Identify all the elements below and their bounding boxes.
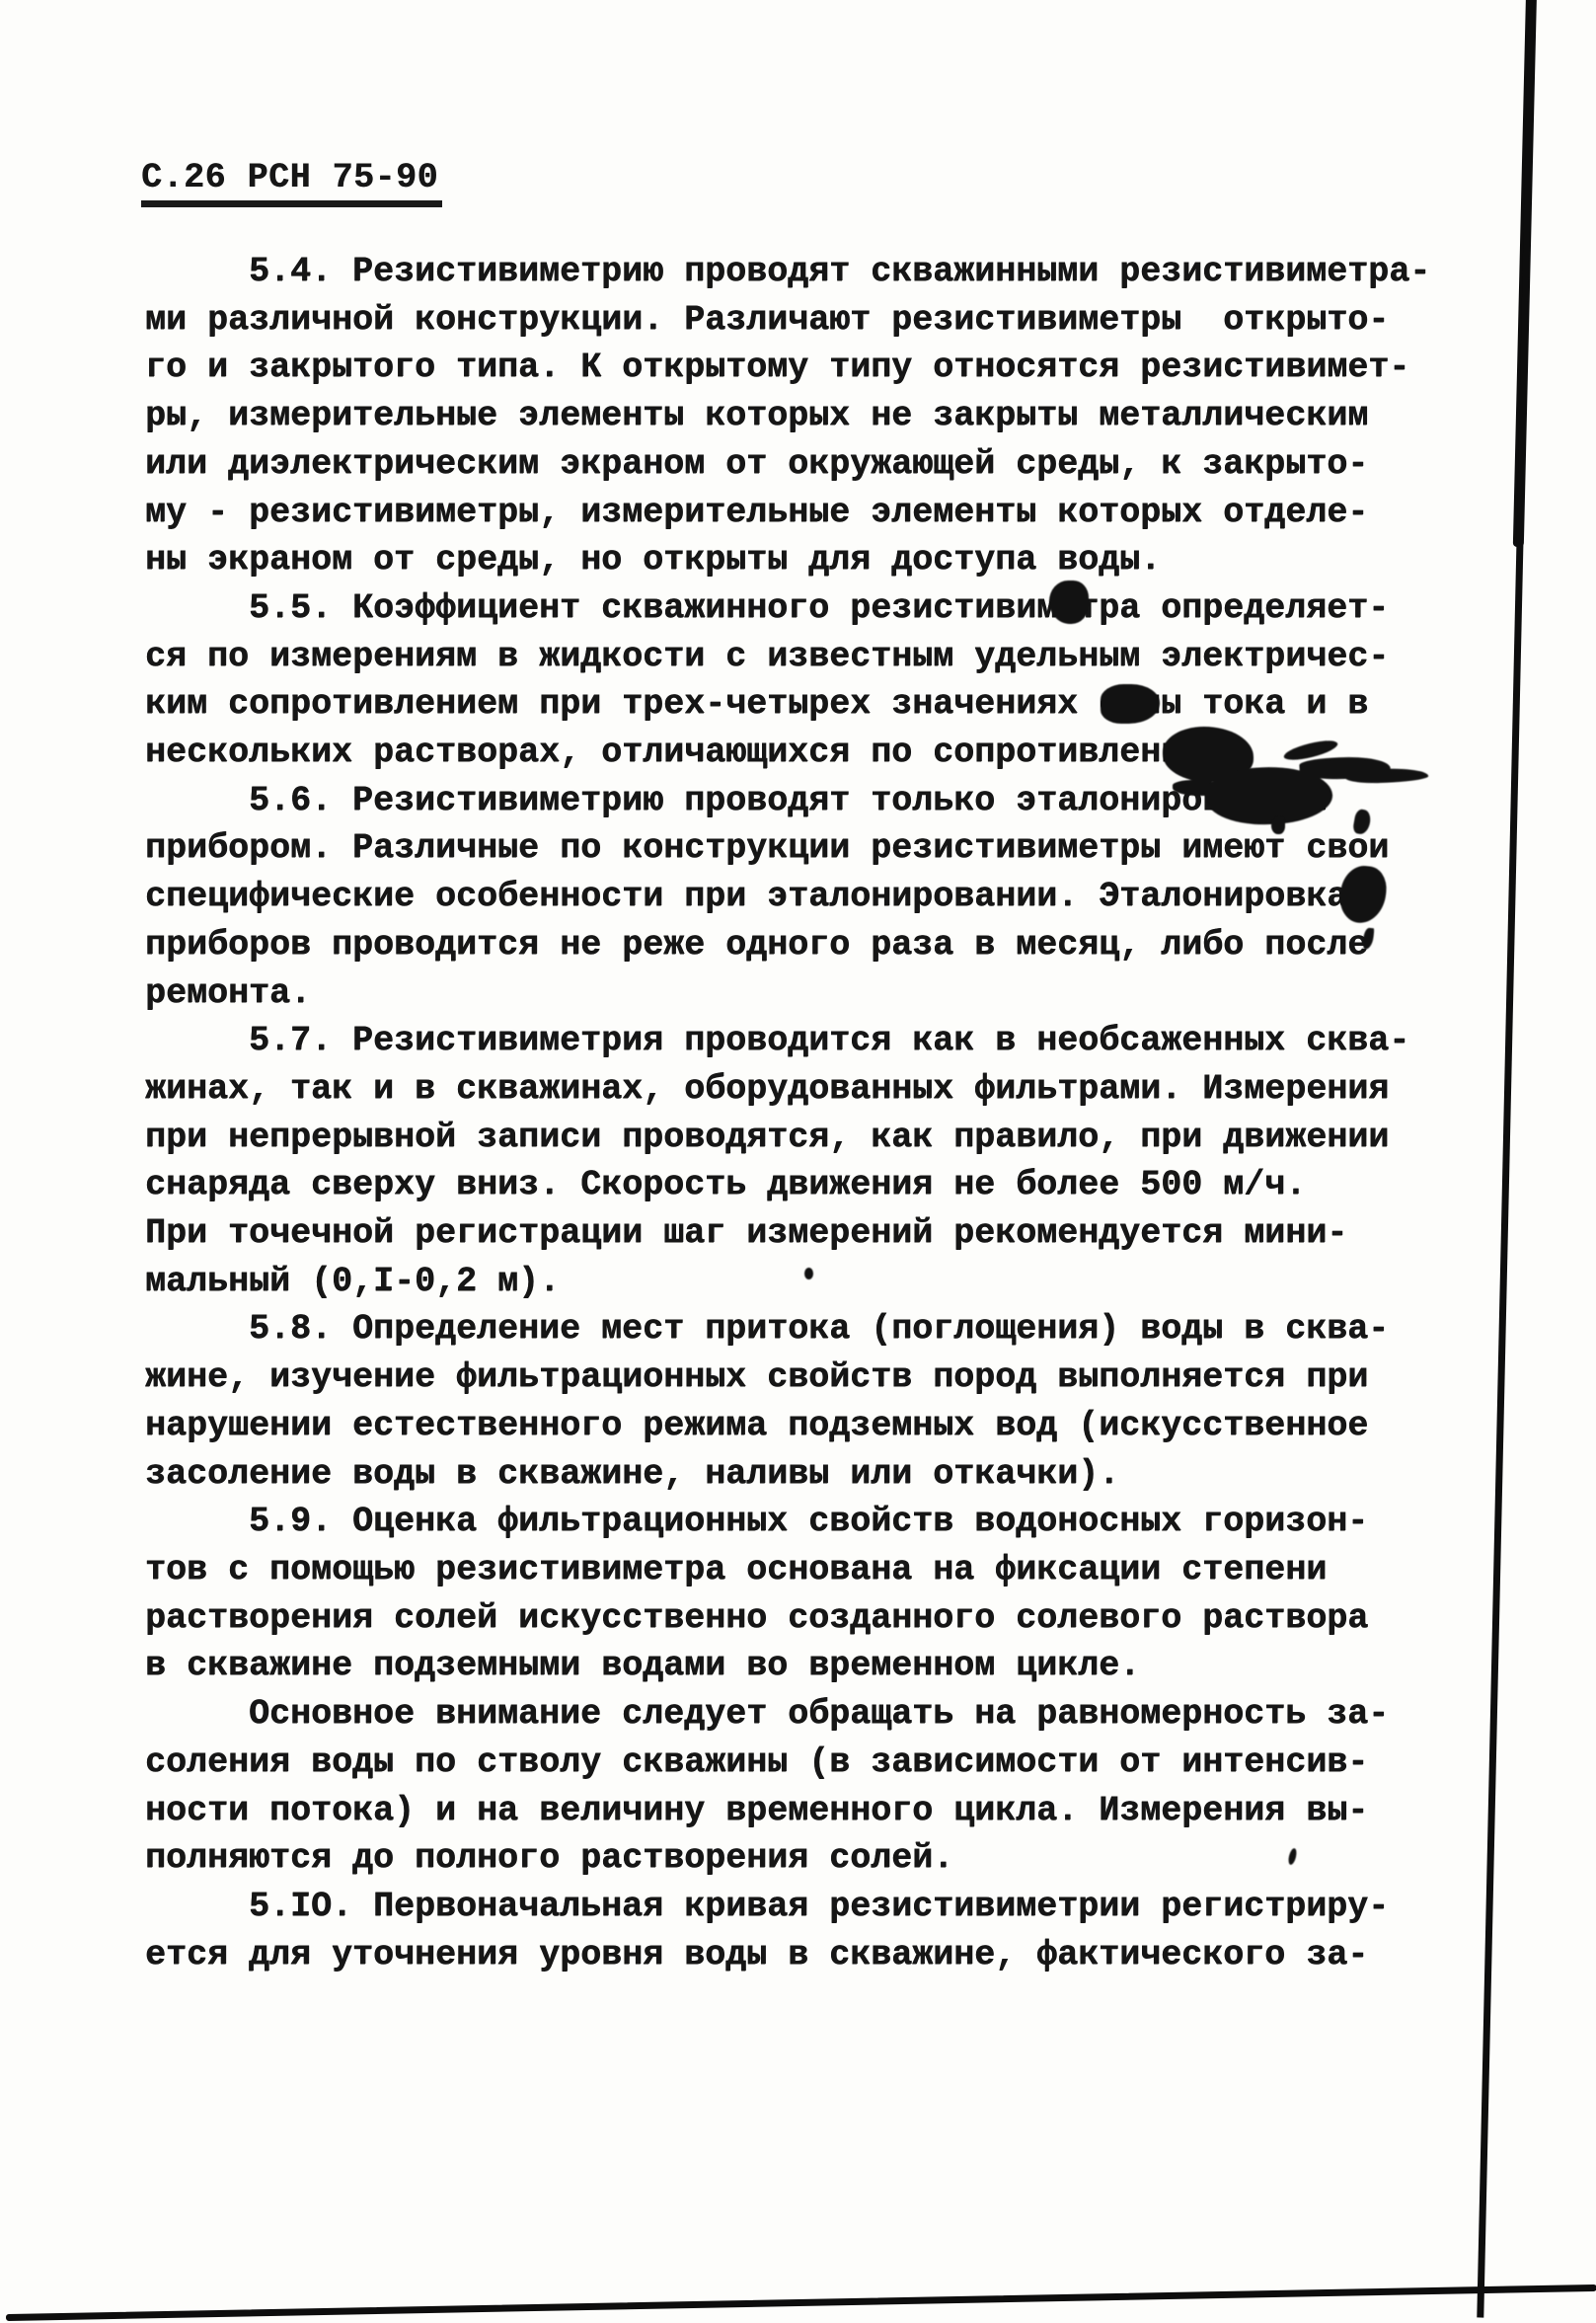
text-line: 5.5. Коэффициент скважинного резистивиме… — [145, 584, 1468, 633]
text-line: ся по измерениям в жидкости с известным … — [145, 633, 1468, 681]
text-line: 5.8. Определение мест притока (поглощени… — [145, 1305, 1468, 1354]
scan-edge-line-right — [1477, 0, 1536, 2318]
text-line: При точечной регистрации шаг измерений р… — [145, 1209, 1468, 1258]
text-line: ры, измерительные элементы которых не за… — [145, 392, 1468, 440]
page-header: С.26 РСН 75-90 — [141, 158, 442, 207]
text-line: приборов проводится не реже одного раза … — [145, 921, 1468, 969]
ink-speck — [804, 1268, 813, 1279]
text-line: полняются до полного растворения солей. — [145, 1834, 1468, 1883]
text-line: ким сопротивлением при трех-четырех знач… — [145, 680, 1468, 729]
text-lines: 5.4. Резистивиметрию проводят скважинным… — [145, 248, 1468, 1978]
text-line: го и закрытого типа. К открытому типу от… — [145, 344, 1468, 392]
text-line: 5.IO. Первоначальная кривая резистивимет… — [145, 1883, 1468, 1931]
text-line: в скважине подземными водами во временно… — [145, 1642, 1468, 1690]
text-line: засоление воды в скважине, наливы или от… — [145, 1450, 1468, 1499]
scan-edge-line-bottom — [6, 2284, 1596, 2321]
text-line: 5.7. Резистивиметрия проводится как в не… — [145, 1017, 1468, 1065]
ink-speck — [1271, 816, 1285, 834]
text-line: ремонта. — [145, 969, 1468, 1018]
text-line: ны экраном от среды, но открыты для дост… — [145, 536, 1468, 584]
text-line: растворения солей искусственно созданног… — [145, 1594, 1468, 1643]
ink-blot — [1049, 581, 1089, 624]
text-line: жинах, так и в скважинах, оборудованных … — [145, 1065, 1468, 1114]
document-page: С.26 РСН 75-90 5.4. Резистивиметрию пров… — [0, 0, 1596, 2323]
text-line: при непрерывной записи проводятся, как п… — [145, 1114, 1468, 1162]
text-line: снаряда сверху вниз. Скорость движения н… — [145, 1161, 1468, 1209]
text-line: или диэлектрическим экраном от окружающе… — [145, 440, 1468, 489]
scan-edge-gap — [1535, 495, 1549, 503]
scan-edge-gap — [1558, 1391, 1571, 1399]
text-line: тов с помощью резистивиметра основана на… — [145, 1546, 1468, 1594]
text-line: ности потока) и на величину временного ц… — [145, 1787, 1468, 1835]
text-line: прибором. Различные по конструкции резис… — [145, 824, 1468, 873]
text-line: 5.9. Оценка фильтрационных свойств водон… — [145, 1498, 1468, 1546]
text-line: ми различной конструкции. Различают рези… — [145, 296, 1468, 345]
text-line: мальный (0,I-0,2 м). — [145, 1258, 1468, 1306]
text-line: нарушении естественного режима подземных… — [145, 1402, 1468, 1450]
text-line: ется для уточнения уровня воды в скважин… — [145, 1931, 1468, 1979]
text-line: жине, изучение фильтрационных свойств по… — [145, 1354, 1468, 1402]
text-line: 5.4. Резистивиметрию проводят скважинным… — [145, 248, 1468, 296]
text-line: специфические особенности при эталониров… — [145, 873, 1468, 921]
text-line: му - резистивиметры, измерительные элеме… — [145, 489, 1468, 537]
text-line: соления воды по стволу скважины (в завис… — [145, 1739, 1468, 1787]
text-line: Основное внимание следует обращать на ра… — [145, 1690, 1468, 1739]
